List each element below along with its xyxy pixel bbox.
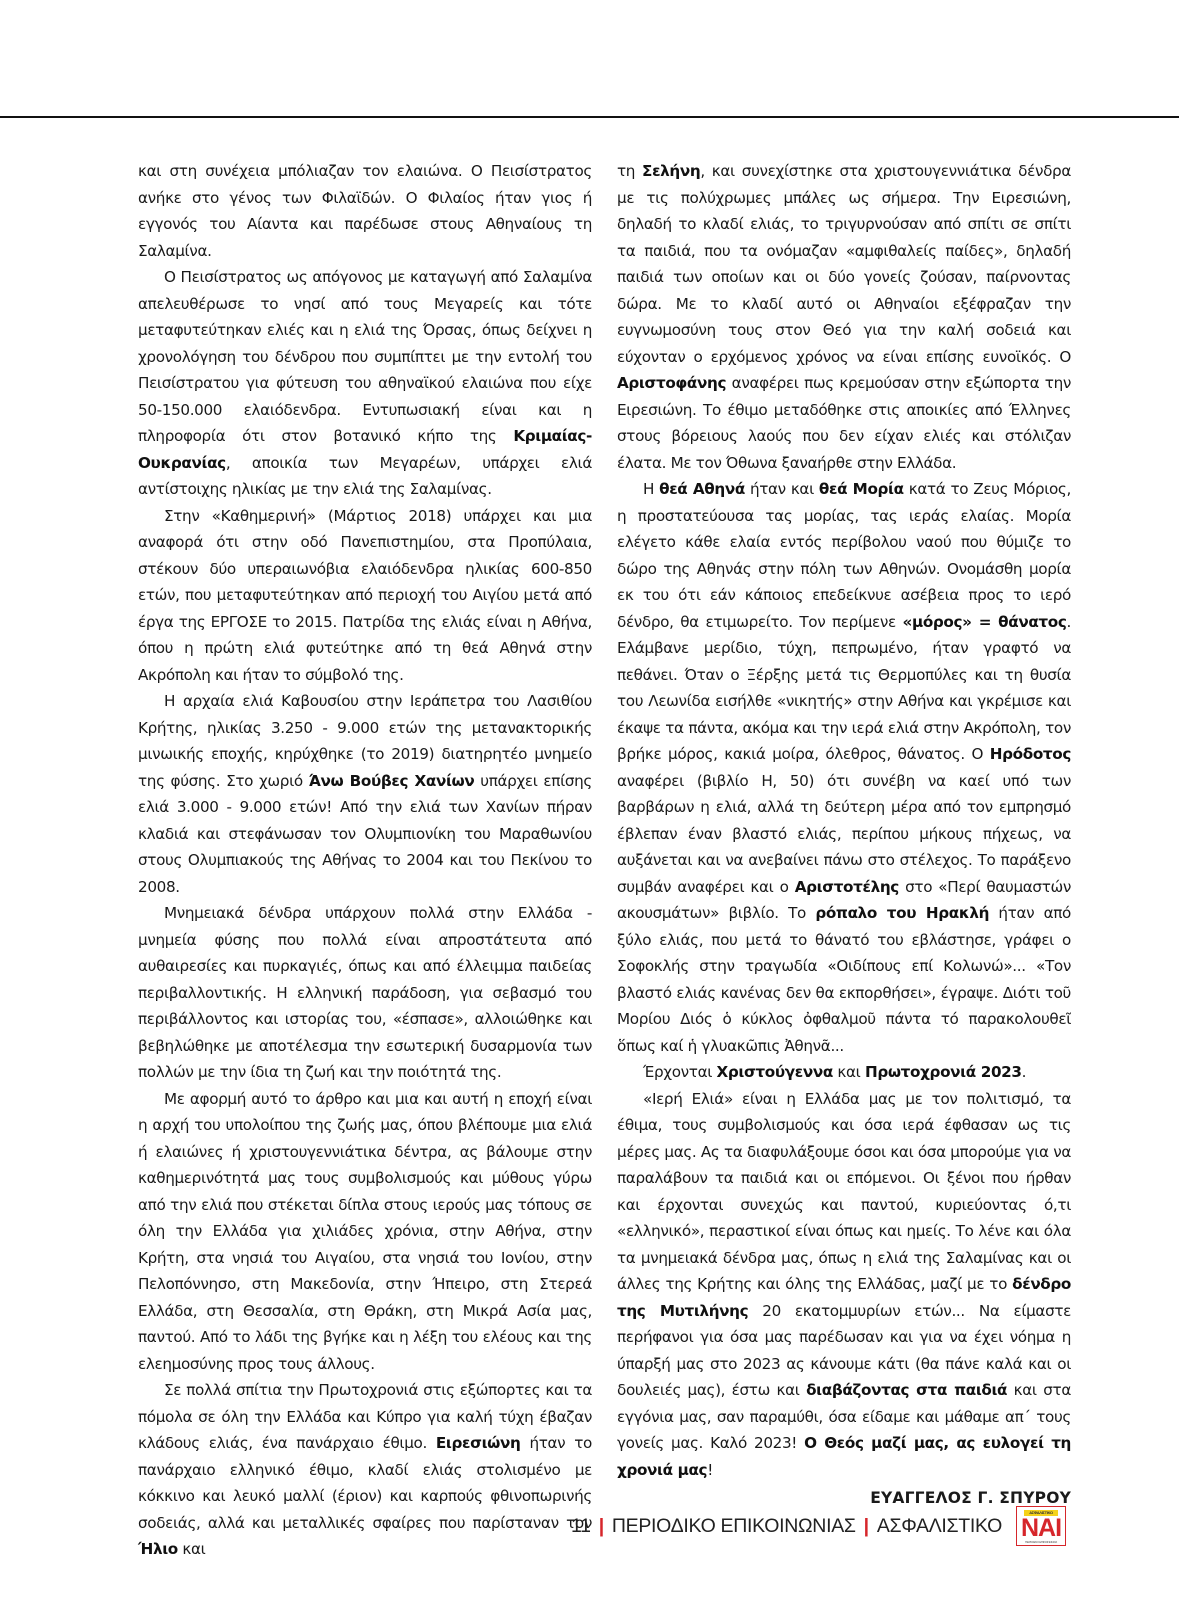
article-paragraph: Στην «Καθημερινή» (Μάρτιος 2018) υπάρχει… [138,503,592,689]
emphasis-text: Ειρεσιώνη [436,1434,521,1452]
emphasis-text: Πρωτοχρονιά 2023 [865,1063,1022,1081]
emphasis-text: «μόρος» = θάνατος [903,613,1067,631]
body-text: Με αφορμή αυτό το άρθρο και μια και αυτή… [138,1090,592,1373]
page-number: 11 [571,1515,591,1538]
logo-main: ΝΑΙ [1017,1515,1065,1541]
article-paragraph: τη Σελήνη, και συνεχίστηκε στα χριστουγε… [617,158,1071,476]
body-text: τη [617,162,642,180]
header-rule [0,116,1179,118]
body-text: ήταν και [745,480,819,498]
article-paragraph: Έρχονται Χριστούγεννα και Πρωτοχρονιά 20… [617,1059,1071,1086]
section-name: ΑΣΦΑΛΙΣΤΙΚΟ [877,1515,1002,1538]
body-text: και [178,1540,206,1558]
article-paragraph: Η αρχαία ελιά Καβουσίου στην Ιεράπετρα τ… [138,688,592,900]
emphasis-text: διαβάζοντας στα παιδιά [806,1381,1007,1399]
body-text: Ο Πεισίστρατος ως απόγονος με καταγωγή α… [138,268,592,445]
emphasis-text: Χριστούγεννα [717,1063,833,1081]
body-text: ! [707,1461,713,1479]
emphasis-text: θεά Μορία [819,480,904,498]
body-text: και [833,1063,865,1081]
body-text: κατά το Ζευς Μόριος, η προστατεύουσα τας… [617,480,1071,631]
body-text: Στην «Καθημερινή» (Μάρτιος 2018) υπάρχει… [138,507,592,684]
body-text: Η [643,480,659,498]
article-paragraph: Μνημειακά δένδρα υπάρχουν πολλά στην Ελλ… [138,900,592,1086]
body-text: υπάρχει επίσης ελιά 3.000 - 9.000 ετών! … [138,772,592,896]
article-column-left: και στη συνέχεια μπόλιαζαν τον ελαιώνα. … [138,158,592,1563]
article-paragraph: Ο Πεισίστρατος ως απόγονος με καταγωγή α… [138,264,592,503]
emphasis-text: Ηρόδοτος [990,745,1071,763]
body-text: . [1022,1063,1026,1081]
footer-separator: | [599,1515,604,1538]
emphasis-text: Άνω Βούβες Χανίων [309,772,475,790]
article-column-right: τη Σελήνη, και συνεχίστηκε στα χριστουγε… [617,158,1071,1512]
publication-name: ΠΕΡΙΟΔΙΚΟ ΕΠΙΚΟΙΝΩΝΙΑΣ [612,1515,856,1538]
body-text: Έρχονται [643,1063,717,1081]
emphasis-text: Αριστοφάνης [617,374,726,392]
emphasis-text: Ήλιο [138,1540,178,1558]
body-text: . Ελάμβανε μερίδιο, τύχη, πεπρωμένο, ήτα… [617,613,1071,764]
article-paragraph: Η θεά Αθηνά ήταν και θεά Μορία κατά το Ζ… [617,476,1071,1059]
page-footer: 11 | ΠΕΡΙΟΔΙΚΟ ΕΠΙΚΟΙΝΩΝΙΑΣ | ΑΣΦΑΛΙΣΤΙΚ… [571,1506,1066,1546]
body-text: Μνημειακά δένδρα υπάρχουν πολλά στην Ελλ… [138,904,592,1081]
footer-separator: | [864,1515,869,1538]
article-paragraph: Με αφορμή αυτό το άρθρο και μια και αυτή… [138,1086,592,1378]
article-paragraph: Σε πολλά σπίτια την Πρωτοχρονιά στις εξώ… [138,1377,592,1563]
emphasis-text: θεά Αθηνά [659,480,745,498]
article-paragraph: «Ιερή Ελιά» είναι η Ελλάδα μας με τον πο… [617,1086,1071,1484]
emphasis-text: Σελήνη [642,162,700,180]
nai-logo-icon: ΑΣΦΑΛΙΣΤΙΚΟ ΝΑΙ ΠΕΡΙΟΔΙΚΟ ΕΠΙΚΟΙΝΩΝΙΑΣ [1016,1506,1066,1546]
logo-sub: ΠΕΡΙΟΔΙΚΟ ΕΠΙΚΟΙΝΩΝΙΑΣ [1017,1540,1065,1544]
emphasis-text: Αριστοτέλης [795,878,899,896]
body-text: και στη συνέχεια μπόλιαζαν τον ελαιώνα. … [138,162,592,260]
body-text: «Ιερή Ελιά» είναι η Ελλάδα μας με τον πο… [617,1090,1071,1294]
body-text: ήταν από ξύλο ελιάς, που μετά το θάνατό … [617,904,1071,1055]
article-paragraph: και στη συνέχεια μπόλιαζαν τον ελαιώνα. … [138,158,592,264]
body-text: , και συνεχίστηκε στα χριστουγεννιάτικα … [617,162,1071,366]
emphasis-text: ρόπαλο του Ηρακλή [815,904,989,922]
article-column-right-body: τη Σελήνη, και συνεχίστηκε στα χριστουγε… [617,158,1071,1483]
